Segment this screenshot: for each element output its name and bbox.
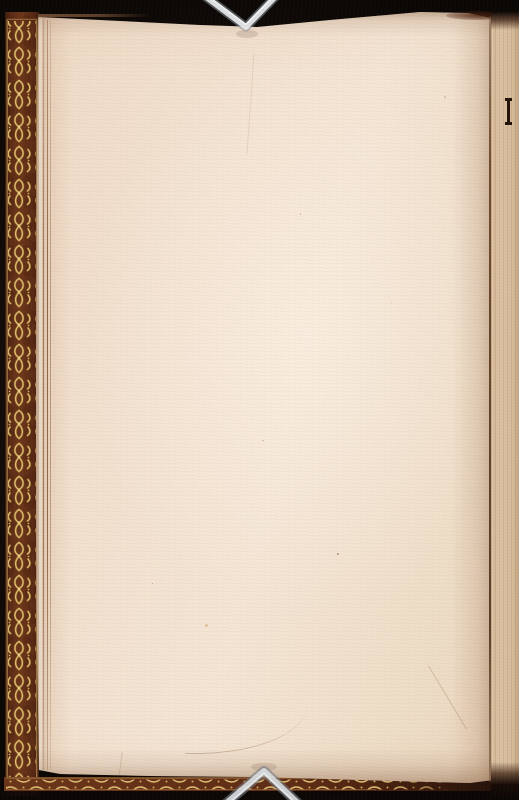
bottom-clip xyxy=(223,763,301,800)
top-clip xyxy=(202,0,278,38)
holder-clips xyxy=(0,0,519,800)
scanned-book-photograph: Digitised photograph of an open book sho… xyxy=(0,0,519,800)
